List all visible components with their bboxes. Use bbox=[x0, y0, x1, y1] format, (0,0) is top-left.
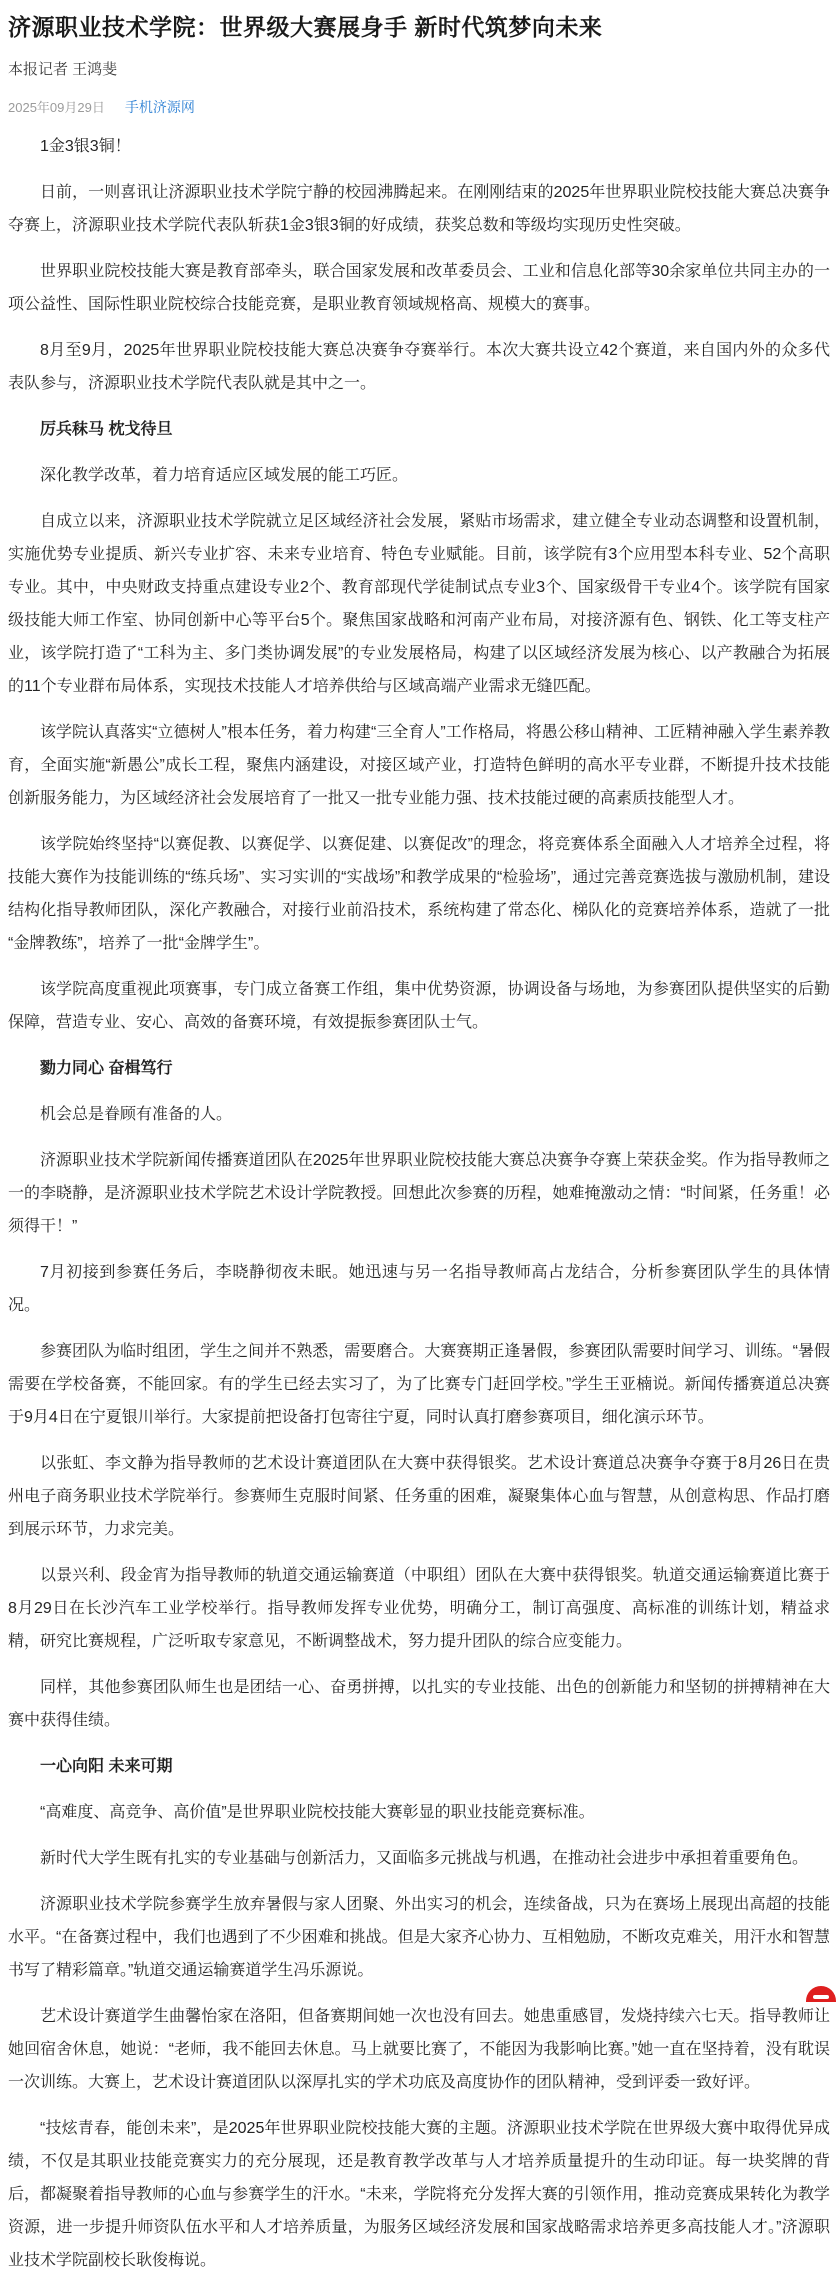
article-paragraph: 深化教学改革，着力培育适应区域发展的能工巧匠。 bbox=[8, 459, 830, 492]
article-paragraph: 世界职业院校技能大赛是教育部牵头，联合国家发展和改革委员会、工业和信息化部等30… bbox=[8, 255, 830, 321]
article-page: 济源职业技术学院：世界级大赛展身手 新时代筑梦向未来 本报记者 王鸿斐 2025… bbox=[0, 12, 838, 2277]
article-paragraph: 以景兴利、段金宵为指导教师的轨道交通运输赛道（中职组）团队在大赛中获得银奖。轨道… bbox=[8, 1559, 830, 1658]
page-title: 济源职业技术学院：世界级大赛展身手 新时代筑梦向未来 bbox=[8, 12, 830, 43]
section-subhead: 一心向阳 未来可期 bbox=[8, 1750, 830, 1783]
source-link[interactable]: 手机济源网 bbox=[125, 97, 195, 117]
article-body: 1金3银3铜！日前，一则喜讯让济源职业技术学院宁静的校园沸腾起来。在刚刚结束的2… bbox=[8, 130, 830, 2277]
article-paragraph: 该学院高度重视此项赛事，专门成立备赛工作组，集中优势资源，协调设备与场地，为参赛… bbox=[8, 973, 830, 1039]
meta-row: 2025年09月29日 手机济源网 bbox=[8, 97, 830, 117]
article-paragraph: “高难度、高竞争、高价值”是世界职业院校技能大赛彰显的职业技能竞赛标准。 bbox=[8, 1796, 830, 1829]
article-paragraph: 以张虹、李文静为指导教师的艺术设计赛道团队在大赛中获得银奖。艺术设计赛道总决赛争… bbox=[8, 1447, 830, 1546]
article-paragraph: 1金3银3铜！ bbox=[8, 130, 830, 163]
article-paragraph: 参赛团队为临时组团，学生之间并不熟悉，需要磨合。大赛赛期正逢暑假，参赛团队需要时… bbox=[8, 1335, 830, 1434]
section-subhead: 厉兵秣马 枕戈待旦 bbox=[8, 413, 830, 446]
byline: 本报记者 王鸿斐 bbox=[8, 60, 830, 80]
article-paragraph: “技炫青春，能创未来”，是2025年世界职业院校技能大赛的主题。济源职业技术学院… bbox=[8, 2112, 830, 2277]
article-paragraph: 日前，一则喜讯让济源职业技术学院宁静的校园沸腾起来。在刚刚结束的2025年世界职… bbox=[8, 176, 830, 242]
article-paragraph: 7月初接到参赛任务后，李晓静彻夜未眠。她迅速与另一名指导教师高占龙结合，分析参赛… bbox=[8, 1256, 830, 1322]
article-paragraph: 新时代大学生既有扎实的专业基础与创新活力，又面临多元挑战与机遇，在推动社会进步中… bbox=[8, 1842, 830, 1875]
article-paragraph: 济源职业技术学院参赛学生放弃暑假与家人团聚、外出实习的机会，连续备战，只为在赛场… bbox=[8, 1888, 830, 1987]
section-subhead: 勠力同心 奋楫笃行 bbox=[8, 1052, 830, 1085]
article-paragraph: 同样，其他参赛团队师生也是团结一心、奋勇拼搏，以扎实的专业技能、出色的创新能力和… bbox=[8, 1671, 830, 1737]
article-paragraph: 该学院始终坚持“以赛促教、以赛促学、以赛促建、以赛促改”的理念，将竞赛体系全面融… bbox=[8, 828, 830, 960]
article-paragraph: 机会总是眷顾有准备的人。 bbox=[8, 1098, 830, 1131]
article-paragraph: 该学院认真落实“立德树人”根本任务，着力构建“三全育人”工作格局，将愚公移山精神… bbox=[8, 716, 830, 815]
article-paragraph: 艺术设计赛道学生曲馨怡家在洛阳，但备赛期间她一次也没有回去。她患重感冒，发烧持续… bbox=[8, 2000, 830, 2099]
article-paragraph: 自成立以来，济源职业技术学院就立足区域经济社会发展，紧贴市场需求，建立健全专业动… bbox=[8, 505, 830, 703]
article-paragraph: 8月至9月，2025年世界职业院校技能大赛总决赛争夺赛举行。本次大赛共设立42个… bbox=[8, 334, 830, 400]
minus-bar bbox=[813, 1995, 829, 1999]
publish-date: 2025年09月29日 bbox=[8, 97, 105, 116]
article-paragraph: 济源职业技术学院新闻传播赛道团队在2025年世界职业院校技能大赛总决赛争夺赛上荣… bbox=[8, 1144, 830, 1243]
